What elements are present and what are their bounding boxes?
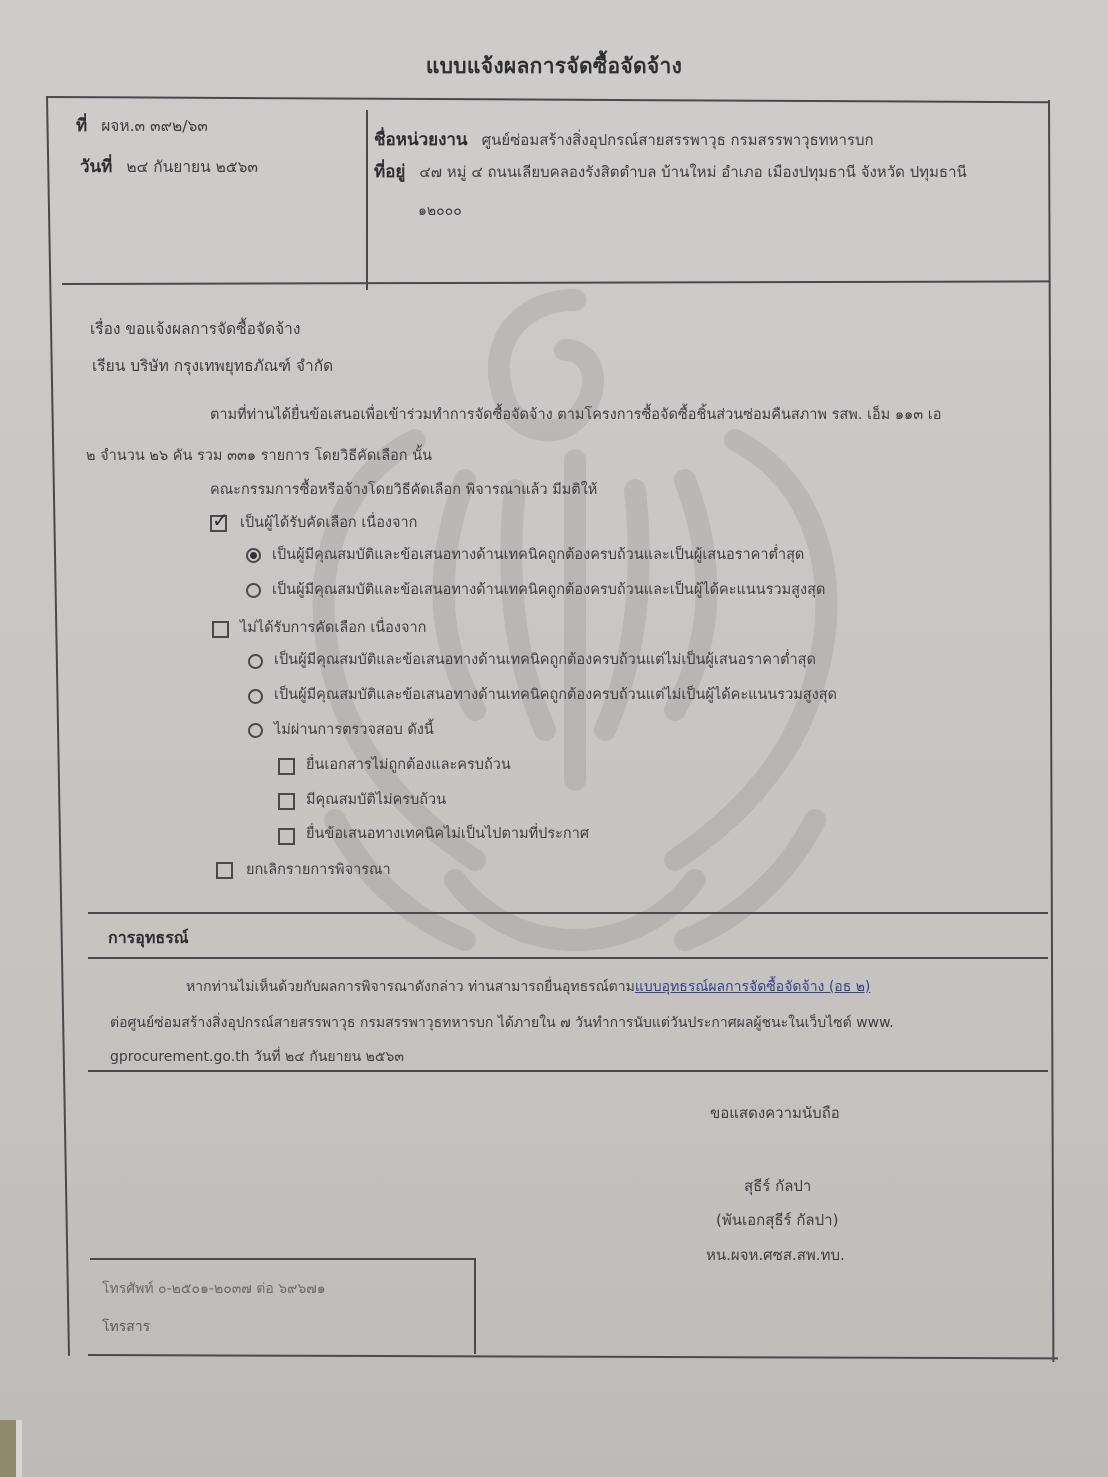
contact-phone: โทรศัพท์ ๐-๒๕๐๑-๒๐๓๗ ต่อ ๖๙๖๗๑ [102, 1278, 326, 1300]
header-column-divider [366, 110, 368, 290]
appeal-line1: หากท่านไม่เห็นด้วยกับผลการพิจารณาดังกล่า… [186, 976, 870, 998]
failed-inspection-label: ไม่ผ่านการตรวจสอบ ดังนี้ [274, 718, 434, 741]
not-selected-checkbox[interactable] [212, 621, 229, 638]
date-label: วันที่ [80, 157, 112, 177]
not-lowest-price-radio[interactable] [248, 654, 263, 669]
not-lowest-price-reason: เป็นผู้มีคุณสมบัติและข้อเสนอทางด้านเทคนิ… [274, 648, 816, 671]
paper-edge [16, 1420, 22, 1477]
appeal-heading-divider [88, 957, 1048, 959]
highest-score-reason: เป็นผู้มีคุณสมบัติและข้อเสนอทางด้านเทคนิ… [272, 578, 825, 601]
appeal-top-divider [88, 912, 1048, 914]
table-edge [0, 1420, 16, 1477]
document-date: วันที่๒๔ กันยายน ๒๕๖๓ [80, 153, 258, 180]
agency-name: ชื่อหน่วยงานศูนย์ซ่อมสร้างสิ่งอุปกรณ์สาย… [374, 126, 874, 153]
subject-line: เรื่อง ขอแจ้งผลการจัดซื้อจัดจ้าง [90, 316, 300, 341]
address-value: ๔๗ หมู่ ๔ ถนนเลียบคลองรังสิตตำบล บ้านใหม… [419, 163, 966, 181]
frame-right-border [1048, 100, 1054, 1362]
not-highest-score-reason: เป็นผู้มีคุณสมบัติและข้อเสนอทางด้านเทคนิ… [274, 683, 837, 706]
document-page: แบบแจ้งผลการจัดซื้อจัดจ้าง ที่ผจห.๓ ๓๙๒/… [0, 0, 1108, 1477]
appeal-line1-text: หากท่านไม่เห็นด้วยกับผลการพิจารณาดังกล่า… [186, 979, 635, 995]
header-bottom-divider [62, 280, 1050, 285]
appeal-form-link[interactable]: แบบอุทธรณ์ผลการจัดซื้อจัดจ้าง (อธ ๒) [635, 979, 871, 995]
recipient-line: เรียน บริษัท กรุงเทพยุทธภัณฑ์ จำกัด [92, 353, 333, 378]
frame-bottom-border [88, 1354, 1058, 1359]
signatory-full-name: (พันเอกสุธีร์ กัลปา) [716, 1208, 838, 1232]
technical-noncompliant-checkbox[interactable] [278, 828, 295, 845]
appeal-bottom-divider [88, 1070, 1048, 1072]
contact-box-right [474, 1258, 476, 1354]
incomplete-qualifications-checkbox[interactable] [278, 793, 295, 810]
signature-name: สุธีร์ กัลปา [744, 1174, 811, 1198]
selected-checkbox[interactable]: ✓ [210, 515, 227, 532]
agency-address: ที่อยู่๔๗ หมู่ ๔ ถนนเลียบคลองรังสิตตำบล … [374, 158, 967, 185]
frame-top-border [46, 96, 1050, 103]
signatory-position: หน.ผจห.ศซส.สพ.ทบ. [706, 1243, 845, 1267]
reference-value: ผจห.๓ ๓๙๒/๖๓ [101, 117, 208, 135]
highest-score-radio[interactable] [246, 583, 261, 598]
form-title: แบบแจ้งผลการจัดซื้อจัดจ้าง [0, 50, 1108, 83]
appeal-heading: การอุทธรณ์ [108, 926, 189, 951]
checkmark-icon: ✓ [212, 510, 229, 530]
not-highest-score-radio[interactable] [248, 689, 263, 704]
not-selected-label: ไม่ได้รับการคัดเลือก เนื่องจาก [240, 616, 426, 639]
body-paragraph-line2: ๒ จำนวน ๒๖ คัน รวม ๓๓๑ รายการ โดยวิธีคัด… [86, 444, 432, 467]
incomplete-qualifications-label: มีคุณสมบัติไม่ครบถ้วน [306, 788, 446, 811]
radio-selected-dot [250, 552, 257, 559]
incorrect-documents-checkbox[interactable] [278, 758, 295, 775]
address-label: ที่อยู่ [374, 162, 405, 182]
body-paragraph-line1: ตามที่ท่านได้ยื่นข้อเสนอเพื่อเข้าร่วมทำก… [210, 403, 941, 426]
appeal-line3: gprocurement.go.th วันที่ ๒๔ กันยายน ๒๕๖… [110, 1046, 404, 1068]
postal-code: ๑๒๐๐๐ [418, 200, 462, 222]
agency-label: ชื่อหน่วยงาน [374, 130, 468, 150]
cancel-item-checkbox[interactable] [216, 862, 233, 879]
appeal-line2: ต่อศูนย์ซ่อมสร้างสิ่งอุปกรณ์สายสรรพาวุธ … [110, 1012, 894, 1034]
committee-resolution: คณะกรรมการซื้อหรือจ้างโดยวิธีคัดเลือก พิ… [210, 478, 597, 501]
lowest-price-radio[interactable] [246, 548, 261, 563]
regards-text: ขอแสดงความนับถือ [710, 1101, 840, 1125]
incorrect-documents-label: ยื่นเอกสารไม่ถูกต้องและครบถ้วน [306, 753, 511, 776]
reference-number: ที่ผจห.๓ ๓๙๒/๖๓ [76, 112, 208, 139]
contact-box-top [90, 1258, 476, 1260]
contact-fax: โทรสาร [102, 1316, 150, 1338]
technical-noncompliant-label: ยื่นข้อเสนอทางเทคนิคไม่เป็นไปตามที่ประกา… [306, 822, 589, 845]
selected-label: เป็นผู้ได้รับคัดเลือก เนื่องจาก [240, 511, 417, 534]
date-value: ๒๔ กันยายน ๒๕๖๓ [126, 158, 258, 176]
failed-inspection-radio[interactable] [248, 723, 263, 738]
agency-value: ศูนย์ซ่อมสร้างสิ่งอุปกรณ์สายสรรพาวุธ กรม… [482, 131, 874, 149]
cancel-item-label: ยกเลิกรายการพิจารณา [246, 858, 391, 881]
lowest-price-reason: เป็นผู้มีคุณสมบัติและข้อเสนอทางด้านเทคนิ… [272, 543, 804, 566]
reference-label: ที่ [76, 116, 87, 136]
